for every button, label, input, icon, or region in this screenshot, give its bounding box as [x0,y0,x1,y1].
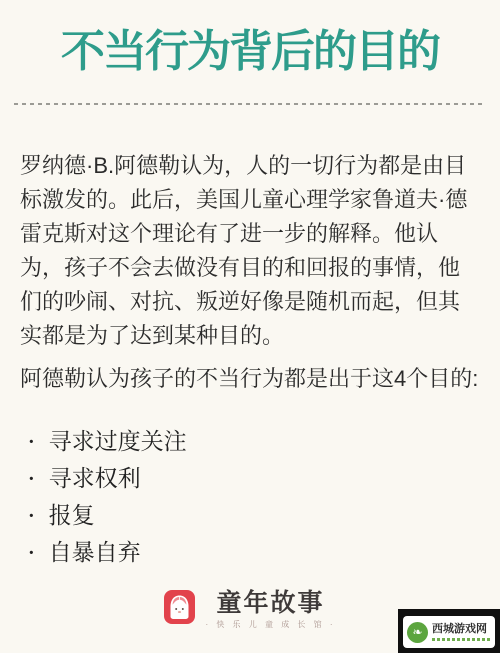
watermark-microtext [432,638,490,641]
list-item: · 报复 [28,504,448,528]
goal-list: · 寻求过度关注 · 寻求权利 · 报复 · 自暴自弃 [28,430,448,578]
bullet-dot: · [28,541,35,565]
page-title: 不当行为背后的目的 [0,26,500,78]
watermark-site-name: 西城游戏网 [432,623,490,636]
bullet-dot: · [28,467,35,491]
bullet-dot: · [28,430,35,454]
watermark-chip: ❧ 西城游戏网 [403,616,495,648]
dotted-divider [14,103,486,105]
list-item: · 寻求过度关注 [28,430,448,454]
brand-name: 童年故事 [216,590,324,617]
childhood-story-logo-icon [164,590,195,624]
site-watermark: ❧ 西城游戏网 [398,609,500,653]
list-item: · 寻求权利 [28,467,448,491]
list-item-label: 寻求过度关注 [49,430,187,454]
list-item: · 自暴自弃 [28,541,448,565]
list-item-label: 报复 [49,504,95,528]
paragraph-four-goals-intro: 阿德勒认为孩子的不当行为都是出于这4个目的: [20,362,480,396]
paragraph-adler-theory: 罗纳德·B.阿德勒认为，人的一切行为都是由目标激发的。此后，美国儿童心理学家鲁道… [20,149,480,353]
list-item-label: 寻求权利 [49,467,141,491]
brand-tagline: · 快 乐 儿 童 成 长 馆 · [205,620,335,630]
brand-text-block: 童年故事 · 快 乐 儿 童 成 长 馆 · [205,590,335,630]
list-item-label: 自暴自弃 [49,541,141,565]
bullet-dot: · [28,504,35,528]
watermark-leaf-icon: ❧ [407,622,428,643]
